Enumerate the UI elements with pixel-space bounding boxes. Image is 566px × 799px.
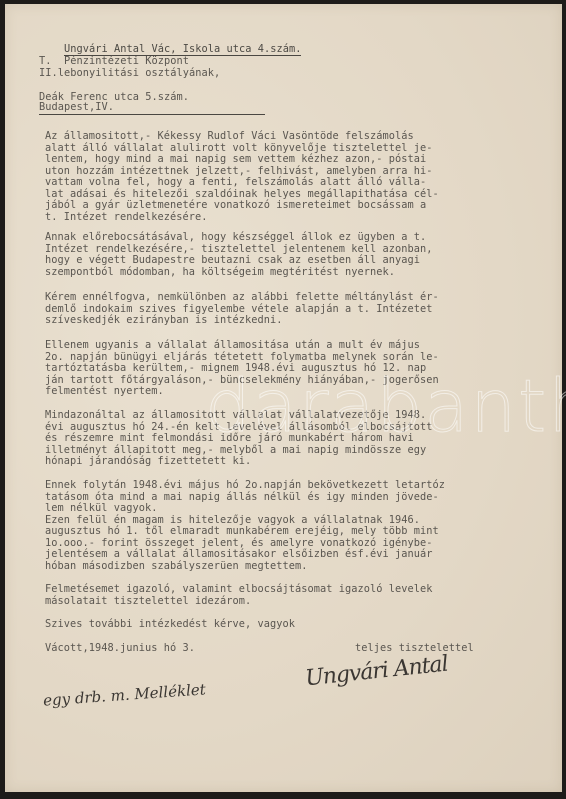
body-line: Ennek folytán 1948.évi május hó 2o.napjá…	[45, 480, 445, 492]
recipient-line-4: Deák Ferenc utca 5.szám.	[39, 92, 189, 104]
body-line: hónapi járandóság fizettetett ki.	[45, 456, 251, 468]
body-line: hóban másodizben szabályszerüen megtette…	[45, 561, 307, 573]
body-line: Kérem ennélfogva, nemkülönben az alábbi …	[45, 292, 439, 304]
closing-request: Szives további intézkedést kérve, vagyok	[45, 619, 295, 631]
body-line: felmentést nyertem.	[45, 386, 164, 398]
place-date: Vácott,1948.junius hó 3.	[45, 643, 195, 655]
body-line: tartóztatásba kerültem,- mignem 1948.évi…	[45, 363, 426, 375]
recipient-line-1: T. Pénzintézeti Központ	[39, 56, 189, 68]
body-line: jelentésem a vállalat államositásakor el…	[45, 549, 432, 561]
body-line: Mindazonáltal az államositott vállalat v…	[45, 410, 426, 422]
body-line: hogy e végett Budapestre beutazni csak a…	[45, 255, 420, 267]
body-line: és részemre mint felmondási időre járó m…	[45, 433, 414, 445]
body-line: Ellenem ugyanis a vállalat államositása …	[45, 340, 420, 352]
body-line: másolatait tisztelettel idezárom.	[45, 596, 251, 608]
body-line: Az államositott,- Kékessy Rudlof Váci Va…	[45, 131, 414, 143]
sender-text: Ungvári Antal Vác, Iskola utca 4.szám.	[64, 43, 301, 56]
recipient-line-2: II.lebonyilitási osztályának,	[39, 68, 220, 80]
handwritten-signature: Ungvári Antal	[304, 652, 449, 692]
handwritten-enclosure-note: egy drb. m. Melléklet	[43, 680, 207, 709]
body-line: t. Intézet rendelkezésére.	[45, 212, 207, 224]
body-line: jából a gyár üzletmenetére vonatkozó ism…	[45, 200, 426, 212]
body-line: lentem, hogy mind a mai napig sem vettem…	[45, 154, 426, 166]
salutation: teljes tisztelettel	[355, 643, 474, 655]
recipient-city: Budapest,IV.	[39, 102, 265, 115]
body-line: szíveskedjék ezirányban is intézkedni.	[45, 315, 282, 327]
body-line: Annak előrebocsátásával, hogy készséggel…	[45, 232, 426, 244]
letter-paper: Ungvári Antal Vác, Iskola utca 4.szám. T…	[5, 4, 562, 792]
body-line: augusztus hó 1. től elmaradt munkabérem …	[45, 526, 439, 538]
body-line: lem nélkül vagyok.	[45, 503, 158, 515]
body-line: vattam volna fel, hogy a fenti, felszámo…	[45, 177, 426, 189]
body-line: szempontból módomban, ha költségeim megt…	[45, 267, 395, 279]
body-line: Felmetésemet igazoló, valamint elbocsájt…	[45, 584, 432, 596]
